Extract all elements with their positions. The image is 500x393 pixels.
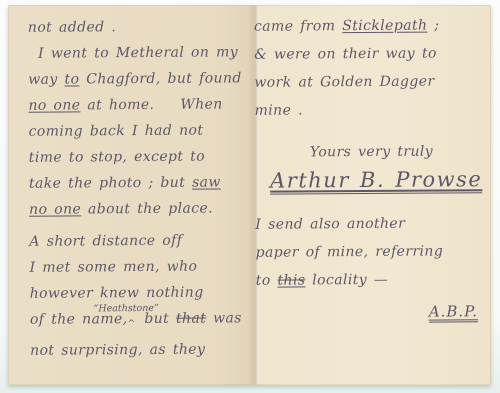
handwritten-text: I went to Metheral on my — [38, 44, 238, 61]
handwritten-line: came from Sticklepath ; — [254, 11, 476, 41]
handwritten-text: ; — [427, 17, 439, 33]
handwritten-text: Arthur B. Prowse — [270, 167, 482, 194]
handwritten-text: to — [256, 273, 278, 289]
handwritten-line: Yours very truly — [310, 137, 477, 166]
handwritten-line: A short distance off — [29, 227, 257, 255]
right-page: came from Sticklepath ;& were on their w… — [254, 11, 478, 327]
letter-sheet: not added .I went to Metheral on myway t… — [8, 5, 491, 385]
handwritten-text: locality — — [305, 272, 388, 289]
handwritten-line: I send also another — [255, 209, 477, 239]
handwritten-line: mine . — [254, 95, 476, 125]
handwritten-line: work at Golden Dagger — [254, 67, 476, 97]
handwritten-line: not added . — [28, 13, 256, 41]
handwritten-text: time to stop, except to — [29, 149, 205, 166]
handwritten-line: & were on their way to — [254, 39, 476, 69]
left-page: not added .I went to Metheral on myway t… — [28, 13, 258, 364]
handwritten-text: that — [176, 311, 206, 327]
handwritten-text: however knew nothing — [30, 285, 204, 302]
handwritten-text: Yours very truly — [310, 144, 433, 161]
handwritten-text: ^ — [128, 319, 136, 329]
handwritten-text: A short distance off — [29, 233, 182, 250]
handwritten-line: Arthur B. Prowse — [270, 165, 477, 194]
handwritten-line: of the name,“Heathstone”^ but that was — [30, 305, 258, 338]
handwritten-line: paper of mine, referring — [255, 237, 477, 267]
handwritten-text: no one — [28, 97, 80, 113]
handwritten-text: I send also another — [255, 216, 405, 233]
handwritten-text: When — [180, 96, 222, 112]
handwritten-text: at home. — [80, 97, 154, 114]
handwritten-text: no one — [29, 201, 81, 217]
handwritten-text: coming back I had not — [29, 123, 204, 140]
handwritten-text: work at Golden Dagger — [254, 74, 434, 91]
handwritten-text: about the place. — [81, 201, 213, 218]
handwritten-line: way to Chagford, but found — [28, 65, 256, 93]
handwritten-text: way — [28, 72, 64, 88]
handwritten-line: A.B.P. — [256, 297, 478, 327]
handwritten-text: take the photo ; but — [29, 175, 192, 192]
handwritten-text: I met some men, who — [29, 259, 197, 276]
handwritten-line: take the photo ; but saw — [29, 169, 257, 197]
handwritten-text: was — [206, 310, 242, 326]
handwritten-line: no one about the place. — [29, 195, 257, 223]
handwritten-text: not added . — [28, 19, 116, 36]
handwritten-line: I met some men, who — [29, 253, 257, 281]
handwritten-text: this — [277, 272, 305, 288]
handwritten-line: coming back I had not — [29, 117, 257, 145]
handwritten-text: saw — [192, 174, 221, 190]
handwritten-line: not surprising, as they — [30, 336, 258, 364]
handwritten-line: I went to Metheral on my — [38, 39, 256, 67]
handwritten-text: A.B.P. — [429, 302, 478, 322]
handwritten-text: mine . — [255, 102, 303, 118]
handwritten-text: & were on their way to — [254, 46, 437, 63]
handwritten-text: paper of mine, referring — [256, 243, 444, 260]
handwritten-text: Sticklepath — [342, 18, 427, 35]
handwritten-text: came from — [254, 18, 342, 35]
handwritten-text: to — [64, 71, 79, 87]
handwritten-line: no one at home.When — [28, 91, 256, 119]
handwritten-text: Chagford, but found — [79, 70, 241, 87]
handwritten-text: not surprising, as they — [30, 342, 205, 359]
handwritten-line: to this locality — — [256, 265, 478, 295]
handwritten-line: time to stop, except to — [29, 143, 257, 171]
